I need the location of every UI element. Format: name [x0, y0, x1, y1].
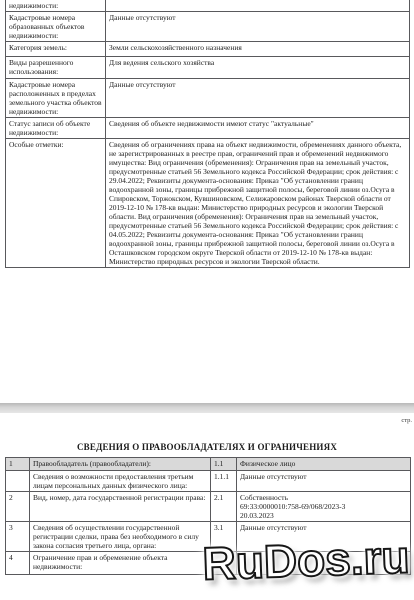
- row-value-cell: Физическое лицо: [237, 458, 411, 471]
- table-row: 2 Вид, номер, дата государственной регис…: [6, 492, 411, 522]
- field-label-cell: Особые отметки:: [6, 139, 106, 268]
- page-break-bar: [0, 403, 414, 413]
- field-label-cell: Виды разрешенного использования:: [6, 57, 106, 79]
- field-value-cell: Сведения об ограничениях права на объект…: [106, 139, 410, 268]
- row-subnumber-cell: 1.1.1: [211, 471, 237, 492]
- row-number-cell: 1: [6, 458, 30, 471]
- row-number-cell: 4: [6, 552, 30, 575]
- field-value-cell: Для ведения сельского хозяйства: [106, 57, 410, 79]
- field-label-cell: Кадастровые номера образованных объектов…: [6, 12, 106, 42]
- row-subnumber-cell: 1.1: [211, 458, 237, 471]
- table-row: Виды разрешенного использования: Для вед…: [6, 57, 410, 79]
- row-label-cell: Сведения о возможности предоставления тр…: [30, 471, 211, 492]
- table-row: 1 Правообладатель (правообладатели): 1.1…: [6, 458, 411, 471]
- table-row: Сведения о возможности предоставления тр…: [6, 471, 411, 492]
- row-number-cell: [6, 471, 30, 492]
- field-value-cell: Земли сельскохозяйственного назначения: [106, 42, 410, 57]
- field-label-cell: недвижимости:: [6, 0, 106, 12]
- document-page: недвижимости: Кадастровые номера образов…: [0, 0, 414, 600]
- object-info-table: недвижимости: Кадастровые номера образов…: [5, 0, 410, 268]
- field-label-cell: Кадастровые номера расположенных в преде…: [6, 79, 106, 118]
- table-row: Статус записи об объекте недвижимости: С…: [6, 118, 410, 139]
- row-value-cell: Данные отсутствуют: [237, 471, 411, 492]
- table-row: Кадастровые номера образованных объектов…: [6, 12, 410, 42]
- row-label-cell: Ограничение прав и обременение объекта н…: [30, 552, 211, 575]
- field-label-cell: Категория земель:: [6, 42, 106, 57]
- page-number-label: стр.: [401, 417, 412, 424]
- table-row: Кадастровые номера расположенных в преде…: [6, 79, 410, 118]
- row-label-cell: Правообладатель (правообладатели):: [30, 458, 211, 471]
- row-number-cell: 3: [6, 522, 30, 552]
- rudos-watermark-logo: RuDos.ru: [195, 533, 414, 587]
- row-subnumber-cell: 2.1: [211, 492, 237, 522]
- field-label-cell: Статус записи об объекте недвижимости:: [6, 118, 106, 139]
- row-number-cell: 2: [6, 492, 30, 522]
- table-row: Категория земель: Земли сельскохозяйстве…: [6, 42, 410, 57]
- table-row: недвижимости:: [6, 0, 410, 12]
- field-value-cell: [106, 0, 410, 12]
- row-value-cell: Собственность 69:33:0000010:758-69/068/2…: [237, 492, 411, 522]
- row-label-cell: Вид, номер, дата государственной регистр…: [30, 492, 211, 522]
- field-value-cell: Данные отсутствуют: [106, 12, 410, 42]
- field-value-cell: Сведения об объекте недвижимости имеют с…: [106, 118, 410, 139]
- field-value-cell: Данные отсутствуют: [106, 79, 410, 118]
- table-row: Особые отметки: Сведения об ограничениях…: [6, 139, 410, 268]
- section-title: СВЕДЕНИЯ О ПРАВООБЛАДАТЕЛЯХ И ОГРАНИЧЕНИ…: [0, 442, 414, 452]
- row-label-cell: Сведения об осуществлении государственно…: [30, 522, 211, 552]
